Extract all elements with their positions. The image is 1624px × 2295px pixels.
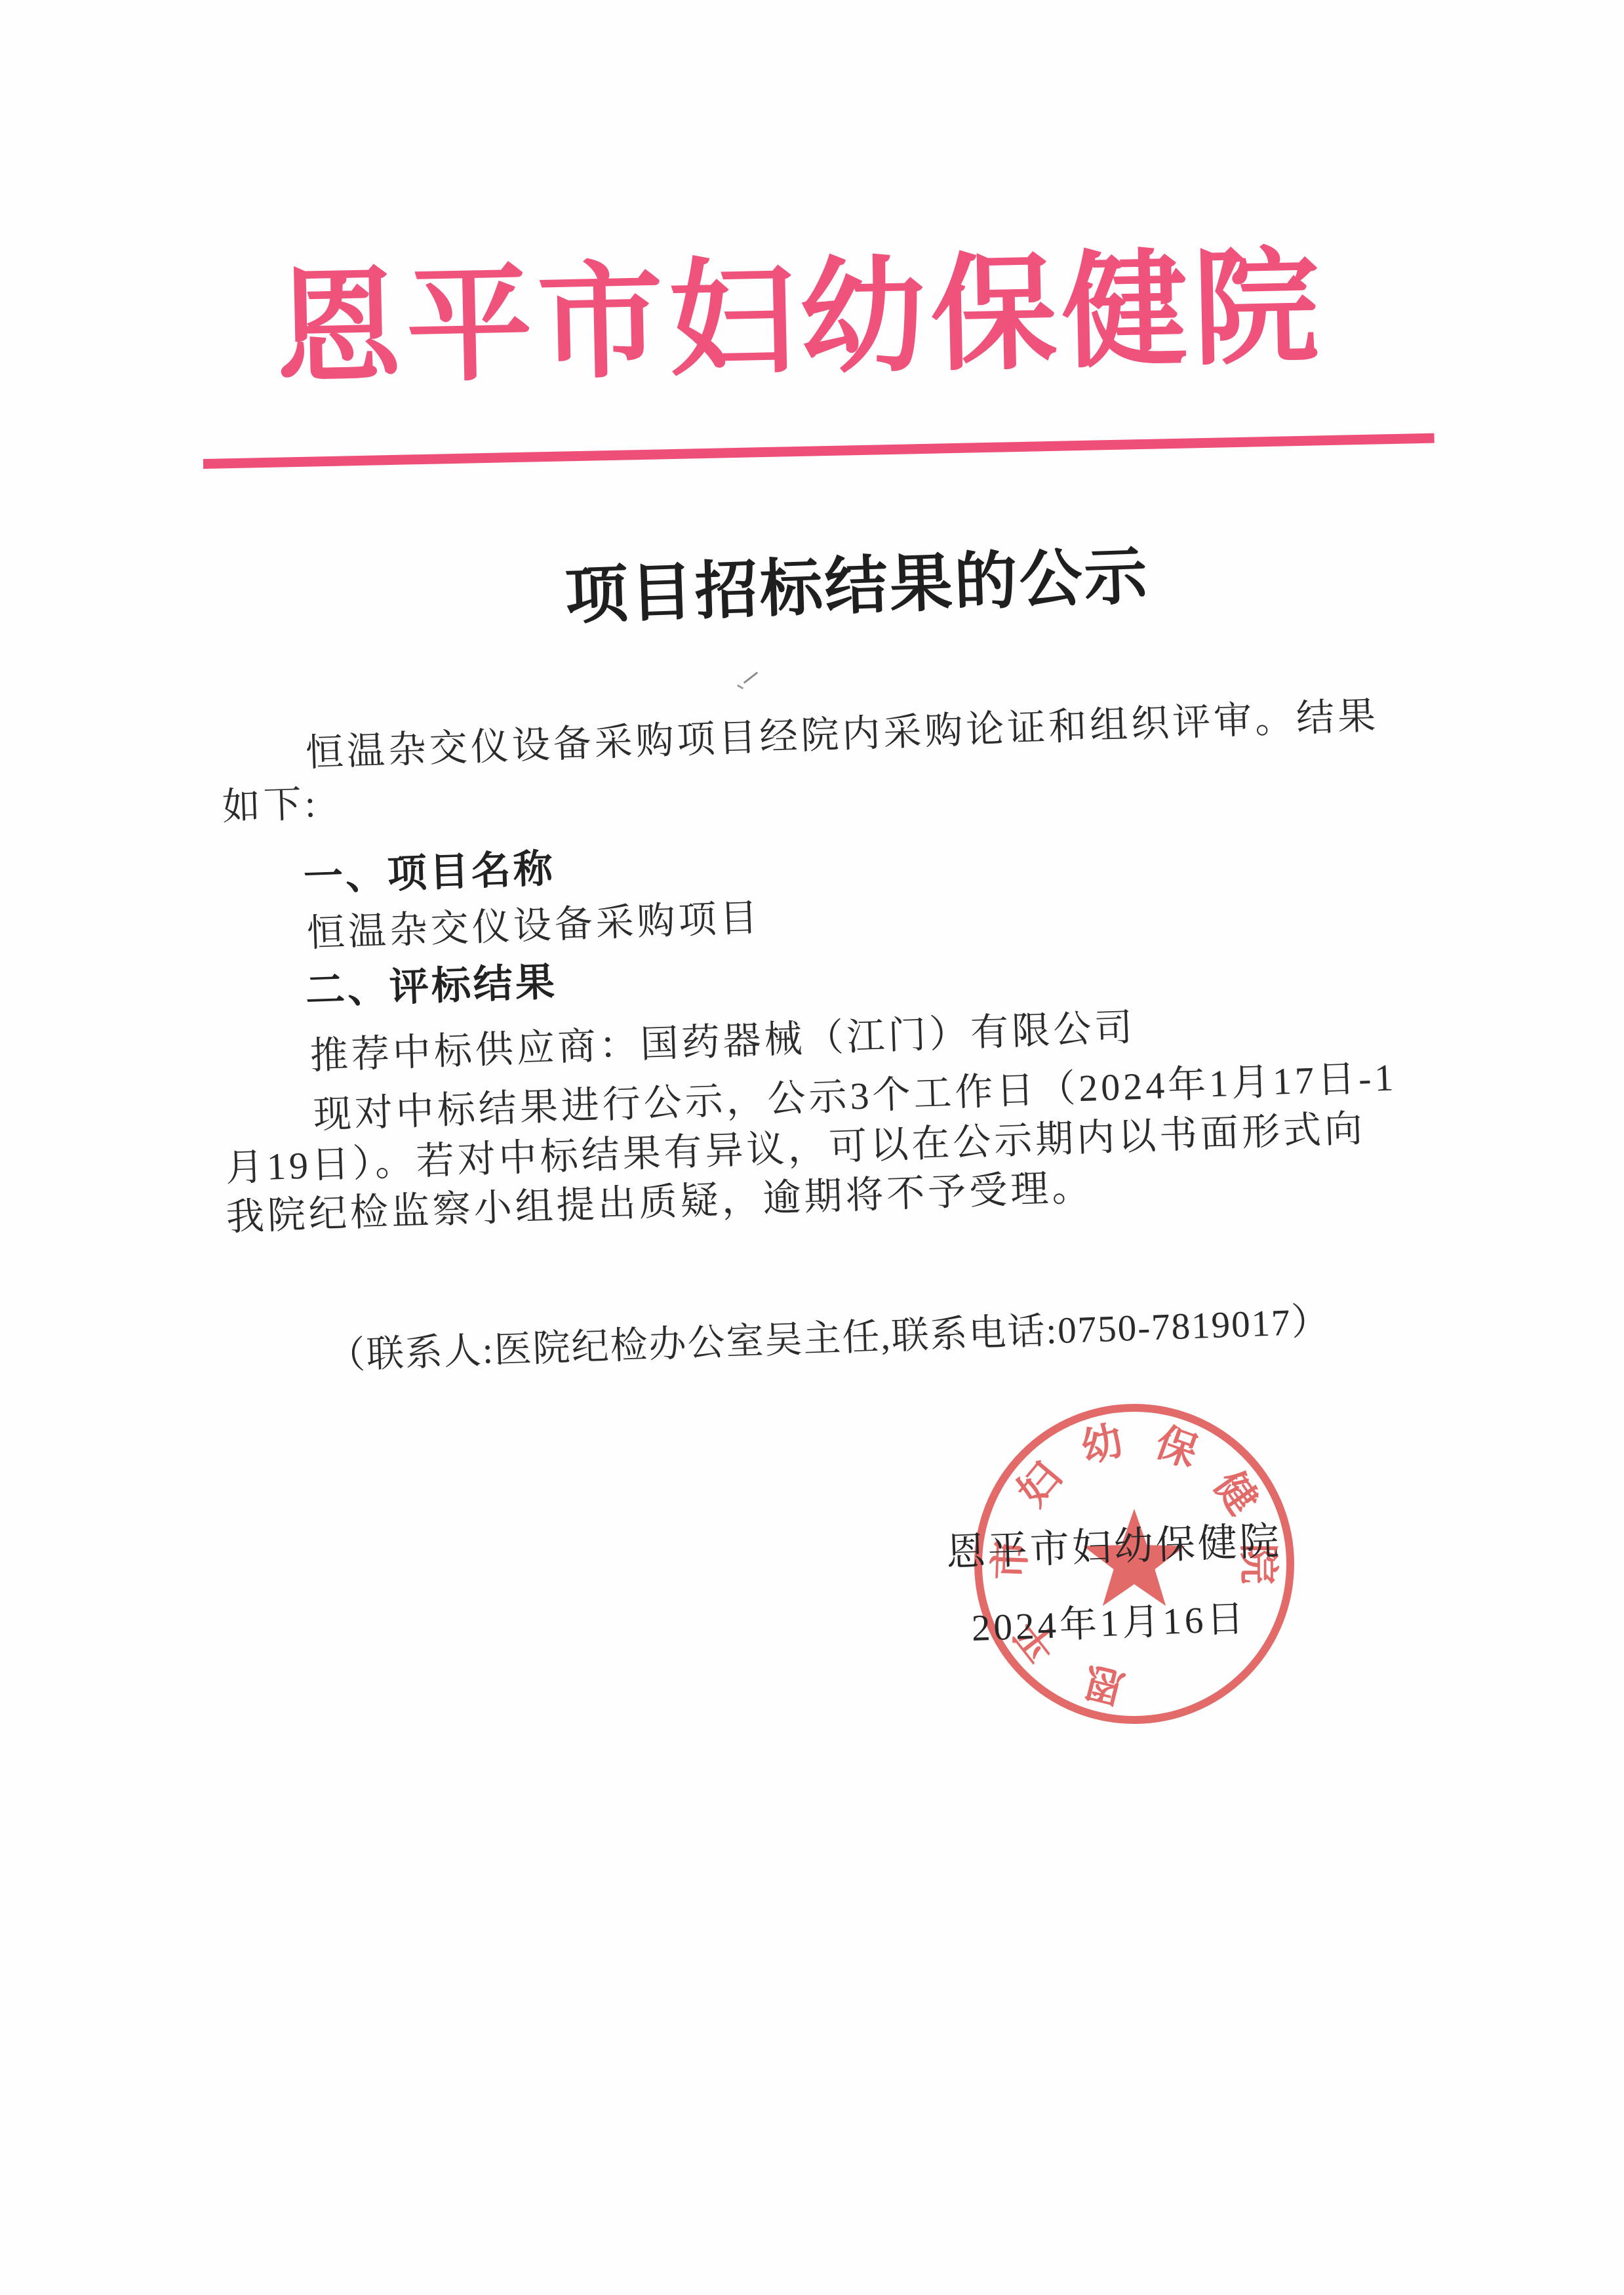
section-2-heading: 二、评标结果 (305, 963, 558, 1010)
seal-ring-char: 恩 (1079, 1657, 1130, 1710)
section-1-content: 恒温杂交仪设备采购项目 (306, 899, 762, 953)
seal-ring-char: 幼 (1077, 1418, 1128, 1472)
pen-tick-artifact-2 (737, 685, 743, 690)
section-1-heading: 一、项目名称 (303, 849, 556, 897)
masthead-divider-rule (203, 433, 1435, 469)
pen-tick-artifact (743, 671, 758, 683)
hospital-masthead: 恩平市妇幼保健院 (274, 246, 1326, 393)
signature-date: 2024年1月16日 (971, 1600, 1248, 1647)
intro-paragraph-line-1: 恒温杂交仪设备采购项目经院内采购论证和组织评审。结果 (305, 697, 1379, 772)
seal-ring-char: 保 (1150, 1420, 1204, 1476)
document-title: 项目招标结果的公示 (564, 545, 1150, 628)
scanned-document-page: 恩平市妇幼保健院 项目招标结果的公示 恒温杂交仪设备采购项目经院内采购论证和组织… (0, 0, 1624, 2295)
contact-info-line: （联系人:医院纪检办公室吴主任,联系电话:0750-7819017） (327, 1303, 1330, 1375)
recommended-supplier-line: 推荐中标供应商：国药器械（江门）有限公司 (309, 1008, 1136, 1075)
intro-paragraph-line-2: 如下: (222, 785, 319, 826)
